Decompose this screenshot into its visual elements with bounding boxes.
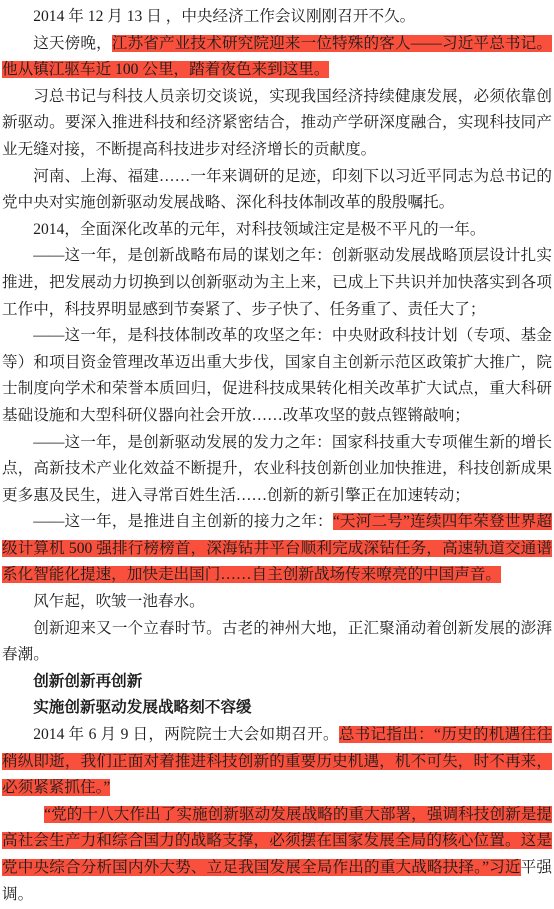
paragraph: 2014，全面深化改革的元年，对科技领域注定是极不平凡的一年。 [2,217,552,244]
text-segment: 实施创新驱动发展战略刻不容缓 [33,699,251,716]
section-heading: 创新创新再创新 [2,669,552,696]
text-segment: 这天傍晚， [33,35,112,52]
paragraph: 创新迎来又一个立春时节。古老的神州大地，正汇聚涌动着创新发展的澎湃春潮。 [2,616,552,669]
paragraph: ——这一年，是科技体制改革的攻坚之年：中央财政科技计划（专项、基金等）和项目资金… [2,323,552,429]
text-segment: 风乍起，吹皱一池春水。 [33,593,205,610]
text-segment: ——这一年，是创新驱动发展的发力之年：国家科技重大专项催生新的增长点，高新技术产… [2,434,552,504]
section-heading: 实施创新驱动发展战略刻不容缓 [2,695,552,722]
text-segment: 2014 年 6 月 9 日，两院院士大会如期召开。 [33,726,339,743]
paragraph: 2014 年 6 月 9 日，两院院士大会如期召开。总书记指出：“历史的机遇往往… [2,722,552,802]
text-segment: ——这一年，是推进自主创新的接力之年： [33,513,333,530]
paragraph: ——这一年，是创新驱动发展的发力之年：国家科技重大专项催生新的增长点，高新技术产… [2,430,552,510]
text-segment: ——这一年，是科技体制改革的攻坚之年：中央财政科技计划（专项、基金等）和项目资金… [2,327,552,424]
document-body: 2014 年 12 月 13 日 ，中央经济工作会议刚刚召开不久。这天傍晚，江苏… [2,4,552,908]
paragraph: ——这一年，是创新战略布局的谋划之年：创新驱动发展战略顶层设计扎实推进，把发展动… [2,243,552,323]
text-segment: 2014，全面深化改革的元年，对科技领域注定是极不平凡的一年。 [33,221,485,238]
text-segment: ——这一年，是创新战略布局的谋划之年：创新驱动发展战略顶层设计扎实推进，把发展动… [2,247,552,317]
text-segment: 习总书记与科技人员亲切交谈说，实现我国经济持续健康发展，必须依靠创新驱动。要深入… [2,88,552,158]
paragraph: 习总书记与科技人员亲切交谈说，实现我国经济持续健康发展，必须依靠创新驱动。要深入… [2,84,552,164]
text-segment: 创新创新再创新 [33,673,142,690]
document-page: 2014 年 12 月 13 日 ，中央经济工作会议刚刚召开不久。这天傍晚，江苏… [0,0,554,909]
paragraph: 这天傍晚，江苏省产业技术研究院迎来一位特殊的客人——习近平总书记。他从镇江驱车近… [2,31,552,84]
text-segment: 创新迎来又一个立春时节。古老的神州大地，正汇聚涌动着创新发展的澎湃春潮。 [2,620,552,664]
paragraph: 2014 年 12 月 13 日 ，中央经济工作会议刚刚召开不久。 [2,4,552,31]
paragraph: “党的十八大作出了实施创新驱动发展战略的重大部署，强调科技创新是提高社会生产力和… [2,802,552,908]
paragraph: 风乍起，吹皱一池春水。 [2,589,552,616]
text-segment: 2014 年 12 月 13 日 ，中央经济工作会议刚刚召开不久。 [33,8,415,25]
paragraph: ——这一年，是推进自主创新的接力之年：“天河二号”连续四年荣登世界超级计算机 5… [2,509,552,589]
highlighted-text: “党的十八大作出了实施创新驱动发展战略的重大部署，强调科技创新是提高社会生产力和… [2,806,552,876]
text-segment: 河南、上海、福建……一年来调研的足迹，印刻下以习近平同志为总书记的党中央对实施创… [2,168,552,212]
paragraph: 河南、上海、福建……一年来调研的足迹，印刻下以习近平同志为总书记的党中央对实施创… [2,164,552,217]
